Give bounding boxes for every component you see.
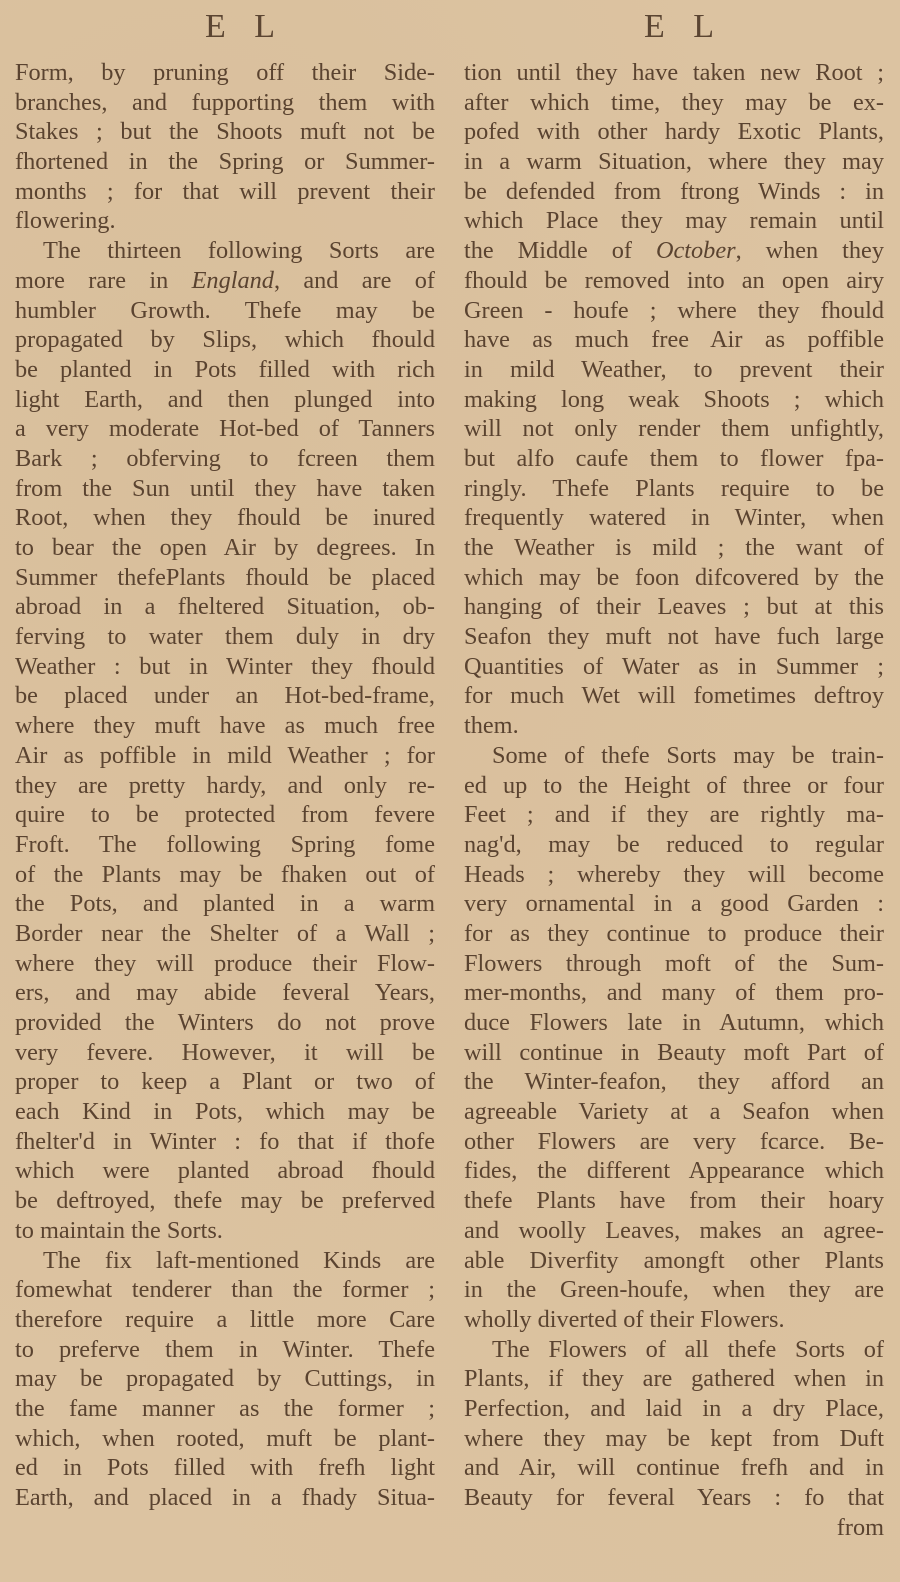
text-line: the Pots, and planted in a warm	[15, 889, 435, 919]
text-line: The fix laft-mentioned Kinds are	[15, 1246, 435, 1276]
text-line: of the Plants may be fhaken out of	[15, 860, 435, 890]
text-line: ringly. Thefe Plants require to be	[464, 474, 884, 504]
text-line: Border near the Shelter of a Wall ;	[15, 919, 435, 949]
text-line: the Winter-feafon, they afford an	[464, 1067, 884, 1097]
text-line: duce Flowers late in Autumn, which	[464, 1008, 884, 1038]
text-line: more rare in England, and are of	[15, 266, 435, 296]
text-line: propagated by Slips, which fhould	[15, 325, 435, 355]
text-line: which were planted abroad fhould	[15, 1156, 435, 1186]
text-line: Quantities of Water as in Summer ;	[464, 652, 884, 682]
right-column: E L tion until they have taken new Root …	[464, 0, 884, 1542]
text-line: to preferve them in Winter. Thefe	[15, 1335, 435, 1365]
text-line: be placed under an Hot-bed-frame,	[15, 681, 435, 711]
text-line: wholly diverted of their Flowers.	[464, 1305, 884, 1335]
text-line: very ornamental in a good Garden :	[464, 889, 884, 919]
text-line: Flowers through moft of the Sum-	[464, 949, 884, 979]
text-line: where they may be kept from Duft	[464, 1424, 884, 1454]
text-line: flowering.	[15, 206, 435, 236]
text-line: thefe Plants have from their hoary	[464, 1186, 884, 1216]
text-line: where they muft have as much free	[15, 711, 435, 741]
text-line: fomewhat tenderer than the former ;	[15, 1275, 435, 1305]
text-line: making long weak Shoots ; which	[464, 385, 884, 415]
text-line: The thirteen following Sorts are	[15, 236, 435, 266]
text-line: Beauty for feveral Years : fo that	[464, 1483, 884, 1513]
text-line: Perfection, and laid in a dry Place,	[464, 1394, 884, 1424]
text-line: fides, the different Appearance which	[464, 1156, 884, 1186]
text-line: and Air, will continue frefh and in	[464, 1453, 884, 1483]
text-line: ed up to the Height of three or four	[464, 771, 884, 801]
text-line: light Earth, and then plunged into	[15, 385, 435, 415]
text-line: the fame manner as the former ;	[15, 1394, 435, 1424]
text-line: which may be foon difcovered by the	[464, 563, 884, 593]
text-line: fhortened in the Spring or Summer-	[15, 147, 435, 177]
text-line: each Kind in Pots, which may be	[15, 1097, 435, 1127]
text-line: have as much free Air as poffible	[464, 325, 884, 355]
text-line: for much Wet will fometimes deftroy	[464, 681, 884, 711]
text-line: Plants, if they are gathered when in	[464, 1364, 884, 1394]
text-line: fhelter'd in Winter : fo that if thofe	[15, 1127, 435, 1157]
text-line: after which time, they may be ex-	[464, 88, 884, 118]
text-line: Seafon they muft not have fuch large	[464, 622, 884, 652]
text-line: Weather : but in Winter they fhould	[15, 652, 435, 682]
text-line: be planted in Pots filled with rich	[15, 355, 435, 385]
text-line: they are pretty hardy, and only re-	[15, 771, 435, 801]
text-line: months ; for that will prevent their	[15, 177, 435, 207]
text-line: them.	[464, 711, 884, 741]
text-line: fhould be removed into an open airy	[464, 266, 884, 296]
text-line: for as they continue to produce their	[464, 919, 884, 949]
text-line: where they will produce their Flow-	[15, 949, 435, 979]
text-line: abroad in a fheltered Situation, ob-	[15, 592, 435, 622]
text-line: Root, when they fhould be inured	[15, 503, 435, 533]
text-line: Summer thefePlants fhould be placed	[15, 563, 435, 593]
text-line: from	[464, 1513, 884, 1543]
text-line: the Middle of October, when they	[464, 236, 884, 266]
text-line: in mild Weather, to prevent their	[464, 355, 884, 385]
text-line: able Diverfity amongft other Plants	[464, 1246, 884, 1276]
text-line: to maintain the Sorts.	[15, 1216, 435, 1246]
text-line: very fevere. However, it will be	[15, 1038, 435, 1068]
text-line: provided the Winters do not prove	[15, 1008, 435, 1038]
text-line: Stakes ; but the Shoots muft not be	[15, 117, 435, 147]
text-line: agreeable Variety at a Seafon when	[464, 1097, 884, 1127]
text-line: mer-months, and many of them pro-	[464, 978, 884, 1008]
text-line: a very moderate Hot-bed of Tanners	[15, 414, 435, 444]
text-line: which, when rooted, muft be plant-	[15, 1424, 435, 1454]
text-line: ferving to water them duly in dry	[15, 622, 435, 652]
running-header-right: E L	[464, 0, 884, 56]
text-line: pofed with other hardy Exotic Plants,	[464, 117, 884, 147]
text-line: Froft. The following Spring fome	[15, 830, 435, 860]
text-line: to bear the open Air by degrees. In	[15, 533, 435, 563]
text-line: in a warm Situation, where they may	[464, 147, 884, 177]
text-line: may be propagated by Cuttings, in	[15, 1364, 435, 1394]
text-line: ed in Pots filled with frefh light	[15, 1453, 435, 1483]
text-line: the Weather is mild ; the want of	[464, 533, 884, 563]
text-line: humbler Growth. Thefe may be	[15, 296, 435, 326]
text-line: frequently watered in Winter, when	[464, 503, 884, 533]
text-line: will continue in Beauty moft Part of	[464, 1038, 884, 1068]
text-line: therefore require a little more Care	[15, 1305, 435, 1335]
right-column-text: tion until they have taken new Root ;aft…	[464, 58, 884, 1542]
text-line: Form, by pruning off their Side-	[15, 58, 435, 88]
text-line: hanging of their Leaves ; but at this	[464, 592, 884, 622]
running-header-left: E L	[15, 0, 435, 56]
text-line: Bark ; obferving to fcreen them	[15, 444, 435, 474]
text-line: The Flowers of all thefe Sorts of	[464, 1335, 884, 1365]
text-line: in the Green-houfe, when they are	[464, 1275, 884, 1305]
text-line: be deftroyed, thefe may be preferved	[15, 1186, 435, 1216]
left-column: E L Form, by pruning off their Side-bran…	[15, 0, 435, 1513]
text-line: Heads ; whereby they will become	[464, 860, 884, 890]
left-column-text: Form, by pruning off their Side-branches…	[15, 58, 435, 1513]
book-page: E L Form, by pruning off their Side-bran…	[0, 0, 900, 1582]
text-line: which Place they may remain until	[464, 206, 884, 236]
text-line: quire to be protected from fevere	[15, 800, 435, 830]
text-line: Earth, and placed in a fhady Situa-	[15, 1483, 435, 1513]
text-line: ers, and may abide feveral Years,	[15, 978, 435, 1008]
text-line: other Flowers are very fcarce. Be-	[464, 1127, 884, 1157]
text-line: proper to keep a Plant or two of	[15, 1067, 435, 1097]
text-line: will not only render them unfightly,	[464, 414, 884, 444]
text-line: and woolly Leaves, makes an agree-	[464, 1216, 884, 1246]
text-line: Green - houfe ; where they fhould	[464, 296, 884, 326]
text-line: from the Sun until they have taken	[15, 474, 435, 504]
text-line: be defended from ftrong Winds : in	[464, 177, 884, 207]
text-line: Some of thefe Sorts may be train-	[464, 741, 884, 771]
text-line: Feet ; and if they are rightly ma-	[464, 800, 884, 830]
text-line: Air as poffible in mild Weather ; for	[15, 741, 435, 771]
text-line: branches, and fupporting them with	[15, 88, 435, 118]
text-line: but alfo caufe them to flower fpa-	[464, 444, 884, 474]
text-line: nag'd, may be reduced to regular	[464, 830, 884, 860]
text-line: tion until they have taken new Root ;	[464, 58, 884, 88]
